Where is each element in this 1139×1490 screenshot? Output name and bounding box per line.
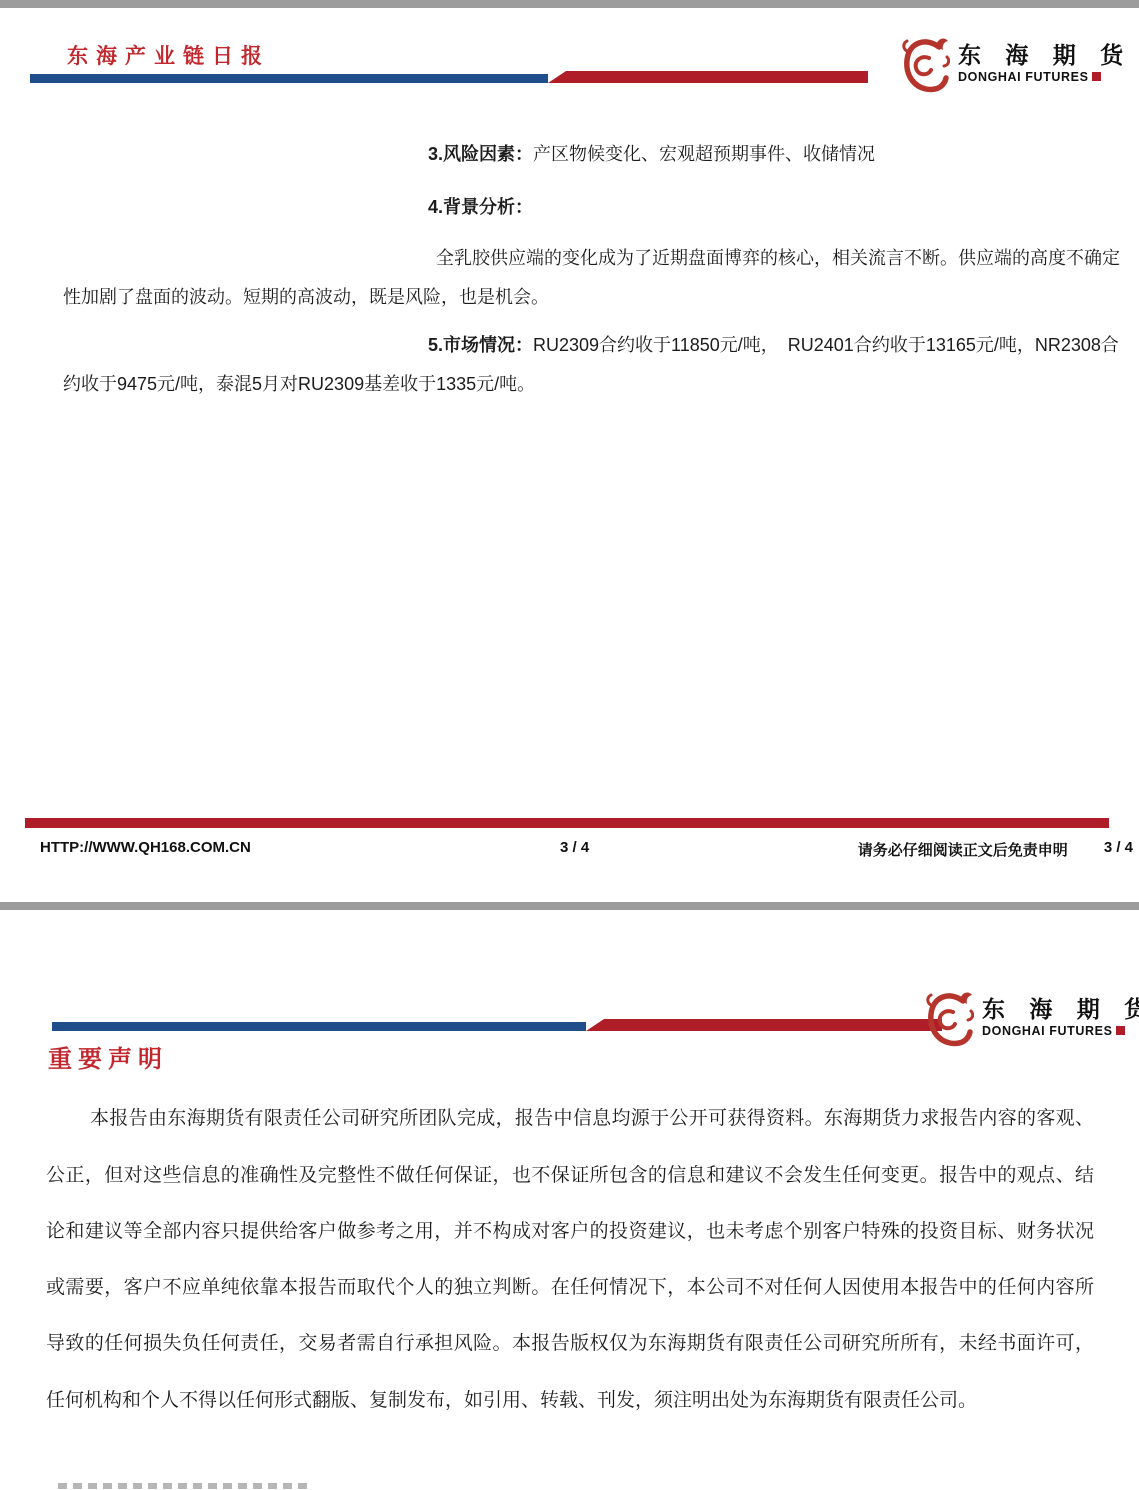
footer-url: HTTP://WWW.QH168.COM.CN — [40, 839, 251, 856]
dragon-icon — [924, 988, 974, 1050]
cutoff-text-top — [58, 1483, 308, 1489]
header-rule-red — [548, 71, 868, 83]
page2-rule-red — [586, 1019, 942, 1031]
logo-en-label: DONGHAI FUTURES — [982, 1024, 1113, 1038]
disclaimer-line-4: 或需要，客户不应单纯依靠本报告而取代个人的独立判断。在任何情况下，本公司不对任何… — [46, 1276, 1094, 1300]
document-page: 东海产业链日报 东 海 期 货 DONGHAI FUTURES 3.风险因素：产… — [0, 0, 1139, 1490]
footer-right-group: 请务必仔细阅读正文后免责申明 3 / 4 — [858, 839, 1133, 860]
section-5-heading: 5.市场情况： — [428, 335, 533, 355]
disclaimer-line-6: 任何机构和个人不得以任何形式翻版、复制发布，如引用、转载、刊发，须注明出处为东海… — [46, 1389, 1094, 1413]
logo-red-square — [1092, 72, 1101, 81]
section-3-text: 产区物候变化、宏观超预期事件、收储情况 — [533, 144, 875, 164]
background-paragraph-line-1: 全乳胶供应端的变化成为了近期盘面博弈的核心，相关流言不断。供应端的高度不确定 — [436, 247, 1120, 269]
footer-disclaimer-note: 请务必仔细阅读正文后免责申明 — [858, 839, 1068, 860]
company-logo: 东 海 期 货 DONGHAI FUTURES — [900, 34, 1132, 96]
disclaimer-line-1: 本报告由东海期货有限责任公司研究所团队完成，报告中信息均源于公开可获得资料。东海… — [46, 1107, 1094, 1131]
section-3-heading: 3.风险因素： — [428, 144, 533, 164]
logo-en-label: DONGHAI FUTURES — [958, 70, 1089, 84]
company-logo: 东 海 期 货 DONGHAI FUTURES — [924, 988, 1139, 1050]
logo-en-text: DONGHAI FUTURES — [958, 70, 1101, 84]
section-3-line: 3.风险因素：产区物候变化、宏观超预期事件、收储情况 — [428, 143, 875, 165]
section-4-heading: 4.背景分析： — [428, 197, 533, 217]
logo-cn-text: 东 海 期 货 — [982, 996, 1139, 1024]
disclaimer-line-5: 导致的任何损失负任何责任，交易者需自行承担风险。本报告版权仅为东海期货有限责任公… — [46, 1332, 1094, 1356]
logo-en-text: DONGHAI FUTURES — [982, 1024, 1125, 1038]
header-rule-blue — [30, 74, 548, 83]
section-5-line-2: 约收于9475元/吨，泰混5月对RU2309基差收于1335元/吨。 — [63, 373, 535, 395]
page-top-edge — [0, 0, 1139, 8]
footer-rule — [25, 818, 1109, 828]
section-5-line-1: 5.市场情况：RU2309合约收于11850元/吨， RU2401合约收于131… — [428, 334, 1119, 356]
logo-red-square — [1116, 1026, 1125, 1035]
section-5-text: RU2309合约收于11850元/吨， RU2401合约收于13165元/吨，N… — [533, 335, 1119, 355]
disclaimer-line-3: 论和建议等全部内容只提供给客户做参考之用，并不构成对客户的投资建议，也未考虑个别… — [46, 1220, 1094, 1244]
logo-cn-text: 东 海 期 货 — [958, 42, 1132, 70]
background-paragraph-line-2: 性加剧了盘面的波动。短期的高波动，既是风险，也是机会。 — [63, 286, 549, 308]
important-notice-heading: 重要声明 — [48, 1039, 168, 1074]
disclaimer-line-2: 公正，但对这些信息的准确性及完整性不做任何保证，也不保证所包含的信息和建议不会发… — [46, 1164, 1094, 1188]
page-separator — [0, 902, 1139, 910]
page2-rule-blue — [52, 1022, 586, 1031]
section-4-line: 4.背景分析： — [428, 196, 533, 218]
dragon-icon — [900, 34, 950, 96]
report-title: 东海产业链日报 — [67, 40, 270, 70]
footer-page-number: 3 / 4 — [560, 839, 589, 856]
footer-page-number-right: 3 / 4 — [1104, 839, 1133, 860]
